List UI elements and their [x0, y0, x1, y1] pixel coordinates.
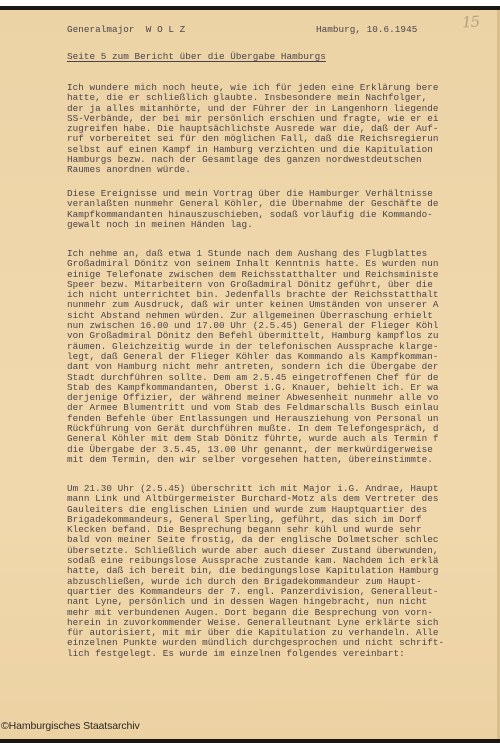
paragraph-2: Diese Ereignisse und mein Vortrag über d…: [67, 189, 500, 230]
text-line: gewalt noch in meinen Händen lag.: [67, 220, 500, 230]
text-line: lich festgelegt. Es wurde im einzelnen f…: [67, 649, 500, 659]
place-date: Hamburg, 10.6.1945: [316, 25, 417, 35]
paragraph-4: Um 21.30 Uhr (2.5.45) überschritt ich mi…: [67, 484, 500, 659]
bottom-margin: [0, 743, 500, 750]
folio-number: 15: [461, 12, 479, 31]
document-subject: Seite 5 zum Bericht über die Übergabe Ha…: [67, 52, 326, 62]
author-line: Generalmajor W O L Z: [67, 25, 185, 35]
text-line: mit dem Termin, den wir selber vorgesehe…: [67, 455, 500, 465]
copyright-notice: ©Hamburgisches Staatsarchiv: [1, 720, 140, 732]
paragraph-1: Ich wundere mich noch heute, wie ich für…: [67, 83, 500, 176]
paragraph-3: Ich nehme an, daß etwa 1 Stunde nach dem…: [67, 249, 500, 465]
text-line: Raumes anordnen würde.: [67, 165, 500, 175]
